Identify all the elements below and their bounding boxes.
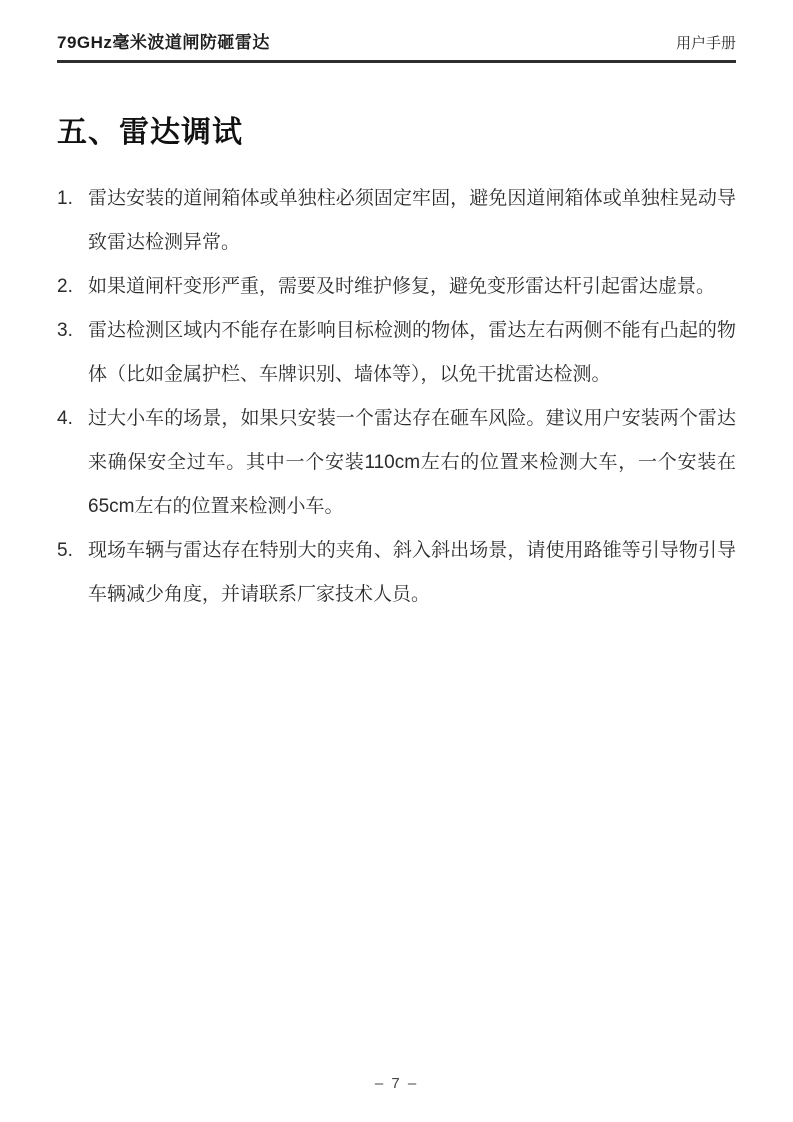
section-title: 五、雷达调试 xyxy=(57,107,736,151)
list-item-number: 2. xyxy=(57,265,88,309)
list-item-number: 3. xyxy=(57,309,88,397)
list-item-text: 如果道闸杆变形严重，需要及时维护修复，避免变形雷达杆引起雷达虚景。 xyxy=(88,265,736,309)
list-item: 4. 过大小车的场景，如果只安装一个雷达存在砸车风险。建议用户安装两个雷达来确保… xyxy=(57,397,736,529)
page-header: 79GHz毫米波道闸防砸雷达 用户手册 xyxy=(57,0,736,63)
page-number: – 7 – xyxy=(0,1075,793,1092)
list-item: 5. 现场车辆与雷达存在特别大的夹角、斜入斜出场景，请使用路锥等引导物引导车辆减… xyxy=(57,529,736,617)
header-doc-type: 用户手册 xyxy=(676,32,736,53)
manual-page: 79GHz毫米波道闸防砸雷达 用户手册 五、雷达调试 1. 雷达安装的道闸箱体或… xyxy=(0,0,793,1122)
list-item-text: 雷达安装的道闸箱体或单独柱必须固定牢固，避免因道闸箱体或单独柱晃动导致雷达检测异… xyxy=(88,177,736,265)
list-item: 2. 如果道闸杆变形严重，需要及时维护修复，避免变形雷达杆引起雷达虚景。 xyxy=(57,265,736,309)
list-item: 3. 雷达检测区域内不能存在影响目标检测的物体，雷达左右两侧不能有凸起的物体（比… xyxy=(57,309,736,397)
list-item-number: 4. xyxy=(57,397,88,529)
list-item-number: 5. xyxy=(57,529,88,617)
instruction-list: 1. 雷达安装的道闸箱体或单独柱必须固定牢固，避免因道闸箱体或单独柱晃动导致雷达… xyxy=(57,177,736,617)
list-item-text: 过大小车的场景，如果只安装一个雷达存在砸车风险。建议用户安装两个雷达来确保安全过… xyxy=(88,397,736,529)
list-item: 1. 雷达安装的道闸箱体或单独柱必须固定牢固，避免因道闸箱体或单独柱晃动导致雷达… xyxy=(57,177,736,265)
list-item-text: 现场车辆与雷达存在特别大的夹角、斜入斜出场景，请使用路锥等引导物引导车辆减少角度… xyxy=(88,529,736,617)
header-product-title: 79GHz毫米波道闸防砸雷达 xyxy=(57,28,270,53)
list-item-number: 1. xyxy=(57,177,88,265)
list-item-text: 雷达检测区域内不能存在影响目标检测的物体，雷达左右两侧不能有凸起的物体（比如金属… xyxy=(88,309,736,397)
